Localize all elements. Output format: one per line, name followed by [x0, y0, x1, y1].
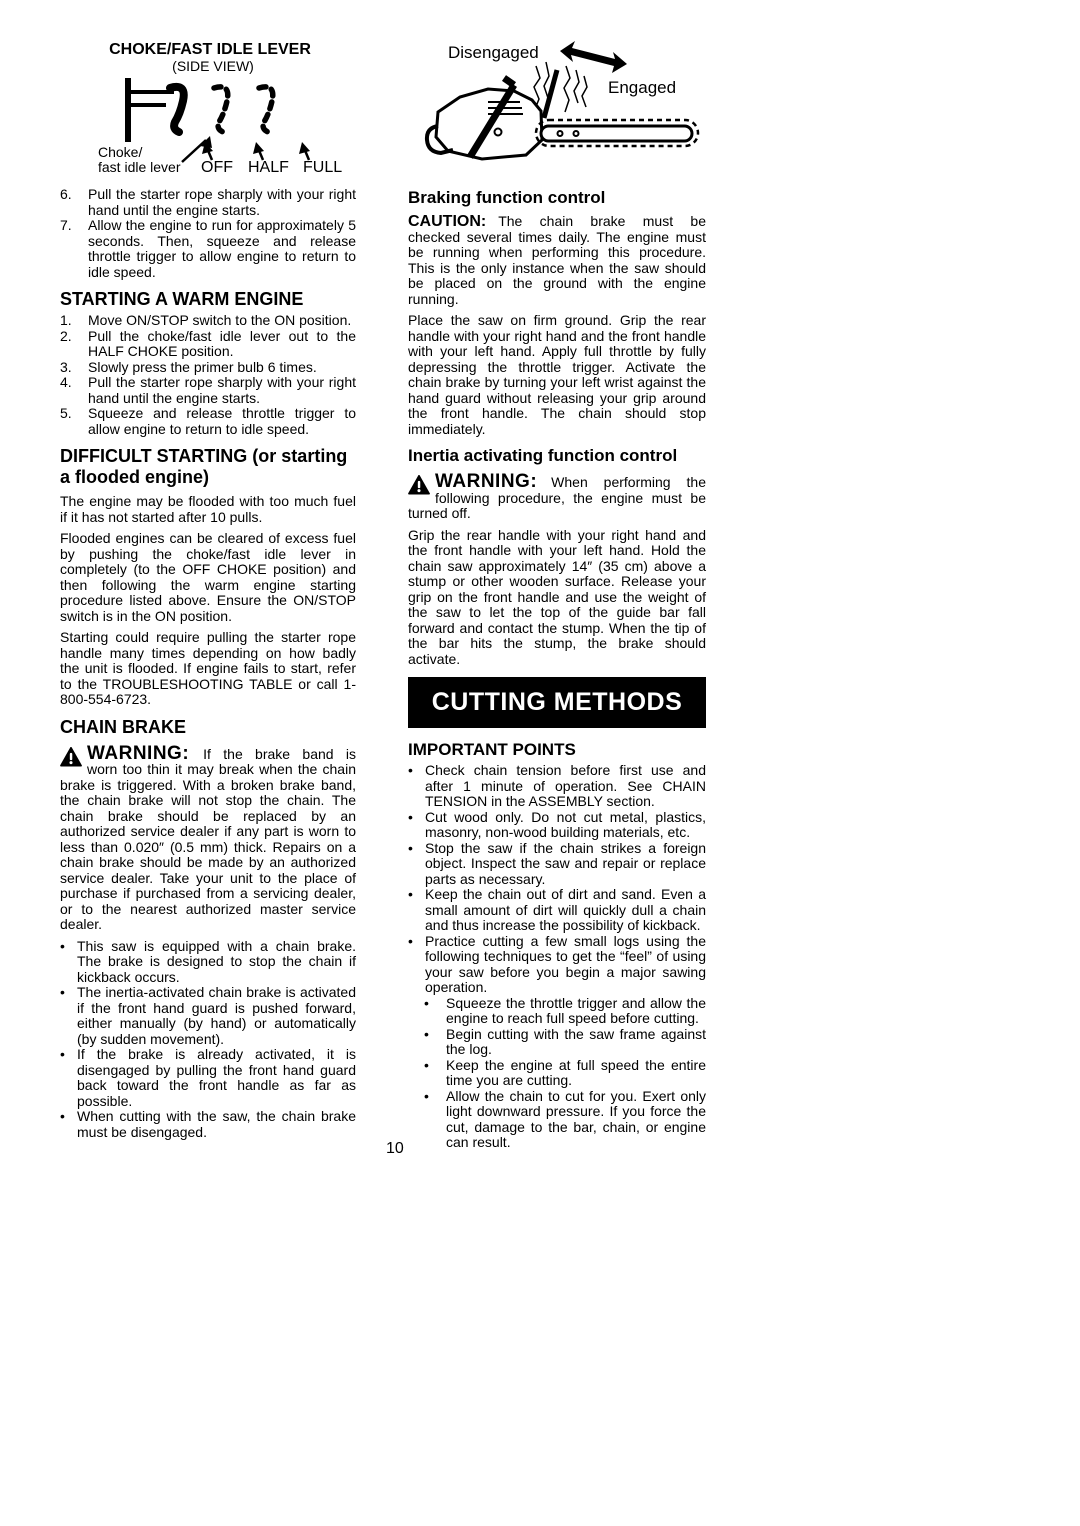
bullet-icon: • — [424, 996, 446, 1027]
important-sub-bullet-3: • Keep the engine at full speed the enti… — [408, 1058, 706, 1089]
chain-brake-bullet-4: • When cutting with the saw, the chain b… — [60, 1109, 356, 1140]
step-number: 1. — [60, 313, 88, 329]
bullet-icon: • — [408, 763, 425, 810]
bullet-text: Practice cutting a few small logs using … — [425, 934, 706, 996]
difficult-paragraph-1: The engine may be flooded with too much … — [60, 494, 356, 525]
bullet-icon: • — [424, 1027, 446, 1058]
choke-lever-figure: CHOKE/FAST IDLE LEVER (SIDE VIEW) — [60, 40, 360, 177]
inertia-warning: WARNING:When performing the following pr… — [408, 474, 706, 522]
step-text: Pull the starter rope sharply with your … — [88, 187, 356, 218]
heading-inertia-function-control: Inertia activating function control — [408, 446, 706, 466]
chain-brake-bullet-2: • The inertia-activated chain brake is a… — [60, 985, 356, 1047]
important-bullet-3: • Stop the saw if the chain strikes a fo… — [408, 841, 706, 888]
bullet-text: Check chain tension before first use and… — [425, 763, 706, 810]
warm-engine-step-1: 1. Move ON/STOP switch to the ON positio… — [60, 313, 356, 329]
bullet-icon: • — [424, 1058, 446, 1089]
choke-lever-label-line1: Choke/ — [98, 144, 142, 160]
left-column: CHOKE/FAST IDLE LEVER (SIDE VIEW) — [60, 40, 356, 1140]
step-text: Move ON/STOP switch to the ON position. — [88, 313, 356, 329]
bullet-text: Stop the saw if the chain strikes a fore… — [425, 841, 706, 888]
choke-figure-title: CHOKE/FAST IDLE LEVER — [109, 41, 311, 58]
braking-procedure-paragraph: Place the saw on firm ground. Grip the r… — [408, 313, 706, 437]
bullet-text: Allow the chain to cut for you. Exert on… — [446, 1089, 706, 1151]
warning-triangle-icon — [408, 475, 430, 495]
warm-start-step-6: 6. Pull the starter rope sharply with yo… — [60, 187, 356, 218]
bullet-icon: • — [60, 985, 77, 1047]
bullet-icon: • — [408, 934, 425, 996]
heading-difficult-starting: DIFFICULT STARTING (or starting a floode… — [60, 446, 356, 488]
warning-triangle-icon — [60, 747, 82, 767]
double-arrow-icon — [560, 41, 627, 73]
step-text: Pull the choke/fast idle lever out to th… — [88, 329, 356, 360]
choke-half-label: HALF — [248, 159, 289, 176]
manual-page: CHOKE/FAST IDLE LEVER (SIDE VIEW) — [0, 0, 1080, 1526]
step-number: 3. — [60, 360, 88, 376]
bullet-text: If the brake is already activated, it is… — [77, 1047, 356, 1109]
heading-braking-function-control: Braking function control — [408, 188, 706, 208]
chain-brake-warning: WARNING:If the brake band is worn too th… — [60, 746, 356, 933]
chain-brake-figure: Disengaged Engaged — [408, 40, 708, 178]
bullet-icon: • — [424, 1089, 446, 1151]
difficult-paragraph-3: Starting could require pulling the start… — [60, 630, 356, 708]
choke-off-label: OFF — [201, 159, 233, 176]
bullet-text: Keep the engine at full speed the entire… — [446, 1058, 706, 1089]
bullet-text: The inertia-activated chain brake is act… — [77, 985, 356, 1047]
bullet-text: This saw is equipped with a chain brake.… — [77, 939, 356, 986]
heading-chain-brake: CHAIN BRAKE — [60, 717, 356, 738]
warm-engine-step-2: 2. Pull the choke/fast idle lever out to… — [60, 329, 356, 360]
page-number: 10 — [386, 1140, 404, 1158]
warning-text: If the brake band is worn too thin it ma… — [60, 746, 356, 933]
choke-lever-art — [128, 78, 309, 162]
bullet-icon: • — [408, 841, 425, 888]
braking-caution-paragraph: CAUTION:The chain brake must be checked … — [408, 214, 706, 307]
step-number: 2. — [60, 329, 88, 360]
cutting-methods-banner: CUTTING METHODS — [408, 677, 706, 728]
heading-important-points: IMPORTANT POINTS — [408, 740, 706, 760]
bullet-icon: • — [60, 1109, 77, 1140]
difficult-paragraph-2: Flooded engines can be cleared of excess… — [60, 531, 356, 624]
bullet-text: Keep the chain out of dirt and sand. Eve… — [425, 887, 706, 934]
bullet-text: When cutting with the saw, the chain bra… — [77, 1109, 356, 1140]
important-bullet-1: • Check chain tension before first use a… — [408, 763, 706, 810]
step-text: Slowly press the primer bulb 6 times. — [88, 360, 356, 376]
step-text: Squeeze and release throttle trigger to … — [88, 406, 356, 437]
warm-start-step-7: 7. Allow the engine to run for approxima… — [60, 218, 356, 280]
bullet-icon: • — [408, 810, 425, 841]
choke-full-label: FULL — [303, 159, 342, 176]
important-bullet-2: • Cut wood only. Do not cut metal, plast… — [408, 810, 706, 841]
choke-figure-subtitle: (SIDE VIEW) — [172, 58, 254, 74]
important-sub-bullet-4: • Allow the chain to cut for you. Exert … — [408, 1089, 706, 1151]
warm-engine-step-5: 5. Squeeze and release throttle trigger … — [60, 406, 356, 437]
step-number: 7. — [60, 218, 88, 280]
warm-engine-step-3: 3. Slowly press the primer bulb 6 times. — [60, 360, 356, 376]
caution-label: CAUTION: — [408, 213, 486, 230]
warm-engine-step-4: 4. Pull the starter rope sharply with yo… — [60, 375, 356, 406]
bullet-icon: • — [60, 1047, 77, 1109]
step-number: 6. — [60, 187, 88, 218]
bullet-text: Begin cutting with the saw frame against… — [446, 1027, 706, 1058]
engaged-label: Engaged — [608, 78, 676, 97]
important-bullet-4: • Keep the chain out of dirt and sand. E… — [408, 887, 706, 934]
choke-lever-arrowheads — [200, 136, 310, 154]
choke-lever-label-line2: fast idle lever — [98, 159, 181, 175]
bullet-icon: • — [60, 939, 77, 986]
important-sub-bullet-1: • Squeeze the throttle trigger and allow… — [408, 996, 706, 1027]
disengaged-label: Disengaged — [448, 43, 539, 62]
step-number: 5. — [60, 406, 88, 437]
bullet-text: Squeeze the throttle trigger and allow t… — [446, 996, 706, 1027]
step-number: 4. — [60, 375, 88, 406]
hand-guard-motion-lines — [534, 62, 587, 112]
inertia-procedure-paragraph: Grip the rear handle with your right han… — [408, 528, 706, 668]
important-sub-bullet-2: • Begin cutting with the saw frame again… — [408, 1027, 706, 1058]
heading-starting-warm-engine: STARTING A WARM ENGINE — [60, 289, 356, 310]
step-text: Pull the starter rope sharply with your … — [88, 375, 356, 406]
bullet-text: Cut wood only. Do not cut metal, plastic… — [425, 810, 706, 841]
chain-brake-bullet-3: • If the brake is already activated, it … — [60, 1047, 356, 1109]
right-column: Disengaged Engaged — [408, 40, 706, 1151]
bullet-icon: • — [408, 887, 425, 934]
important-bullet-5: • Practice cutting a few small logs usin… — [408, 934, 706, 996]
chain-brake-bullet-1: • This saw is equipped with a chain brak… — [60, 939, 356, 986]
step-text: Allow the engine to run for approximatel… — [88, 218, 356, 280]
